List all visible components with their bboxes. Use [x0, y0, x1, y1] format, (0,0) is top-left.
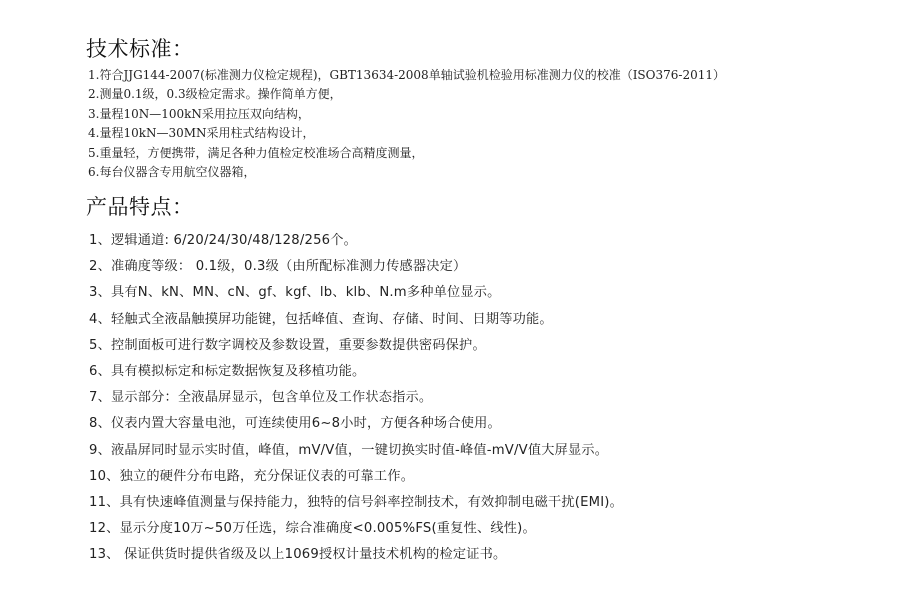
- feature-item: 8、仪表内置大容量电池，可连续使用6~8小时，方便各种场合使用。: [89, 411, 623, 437]
- document-page: 技术标准： 1.符合JJG144-2007(标准测力仪检定规程)，GBT1363…: [0, 0, 900, 594]
- features-list: 1、逻辑通道: 6/20/24/30/48/128/256个。 2、准确度等级：…: [89, 228, 623, 568]
- feature-item: 12、显示分度10万~50万任选，综合准确度<0.005%FS(重复性、线性)。: [89, 516, 623, 542]
- feature-item: 13、 保证供货时提供省级及以上1069授权计量技术机构的检定证书。: [89, 542, 623, 568]
- feature-item: 7、显示部分：全液晶屏显示，包含单位及工作状态指示。: [89, 385, 623, 411]
- features-heading: 产品特点：: [86, 191, 194, 221]
- feature-item: 5、控制面板可进行数字调校及参数设置，重要参数提供密码保护。: [89, 333, 623, 359]
- standards-heading: 技术标准：: [86, 33, 194, 63]
- standards-item: 2.测量0.1级，0.3级检定需求。操作简单方便，: [88, 85, 725, 104]
- feature-item: 1、逻辑通道: 6/20/24/30/48/128/256个。: [89, 228, 623, 254]
- standards-list: 1.符合JJG144-2007(标准测力仪检定规程)，GBT13634-2008…: [88, 66, 725, 182]
- feature-item: 3、具有N、kN、MN、cN、gf、kgf、lb、klb、N.m多种单位显示。: [89, 280, 623, 306]
- feature-item: 10、独立的硬件分布电路，充分保证仪表的可靠工作。: [89, 464, 623, 490]
- standards-item: 4.量程10kN—30MN采用柱式结构设计，: [88, 124, 725, 143]
- standards-item: 1.符合JJG144-2007(标准测力仪检定规程)，GBT13634-2008…: [88, 66, 725, 85]
- feature-item: 6、具有模拟标定和标定数据恢复及移植功能。: [89, 359, 623, 385]
- standards-item: 5.重量轻，方便携带，满足各种力值检定校准场合高精度测量，: [88, 144, 725, 163]
- feature-item: 4、轻触式全液晶触摸屏功能键，包括峰值、查询、存储、时间、日期等功能。: [89, 307, 623, 333]
- feature-item: 2、准确度等级： 0.1级，0.3级（由所配标准测力传感器决定）: [89, 254, 623, 280]
- feature-item: 9、液晶屏同时显示实时值，峰值，mV/V值，一键切换实时值-峰值-mV/V值大屏…: [89, 438, 623, 464]
- feature-item: 11、具有快速峰值测量与保持能力，独特的信号斜率控制技术，有效抑制电磁干扰(EM…: [89, 490, 623, 516]
- standards-item: 6.每台仪器含专用航空仪器箱，: [88, 163, 725, 182]
- standards-item: 3.量程10N—100kN采用拉压双向结构，: [88, 105, 725, 124]
